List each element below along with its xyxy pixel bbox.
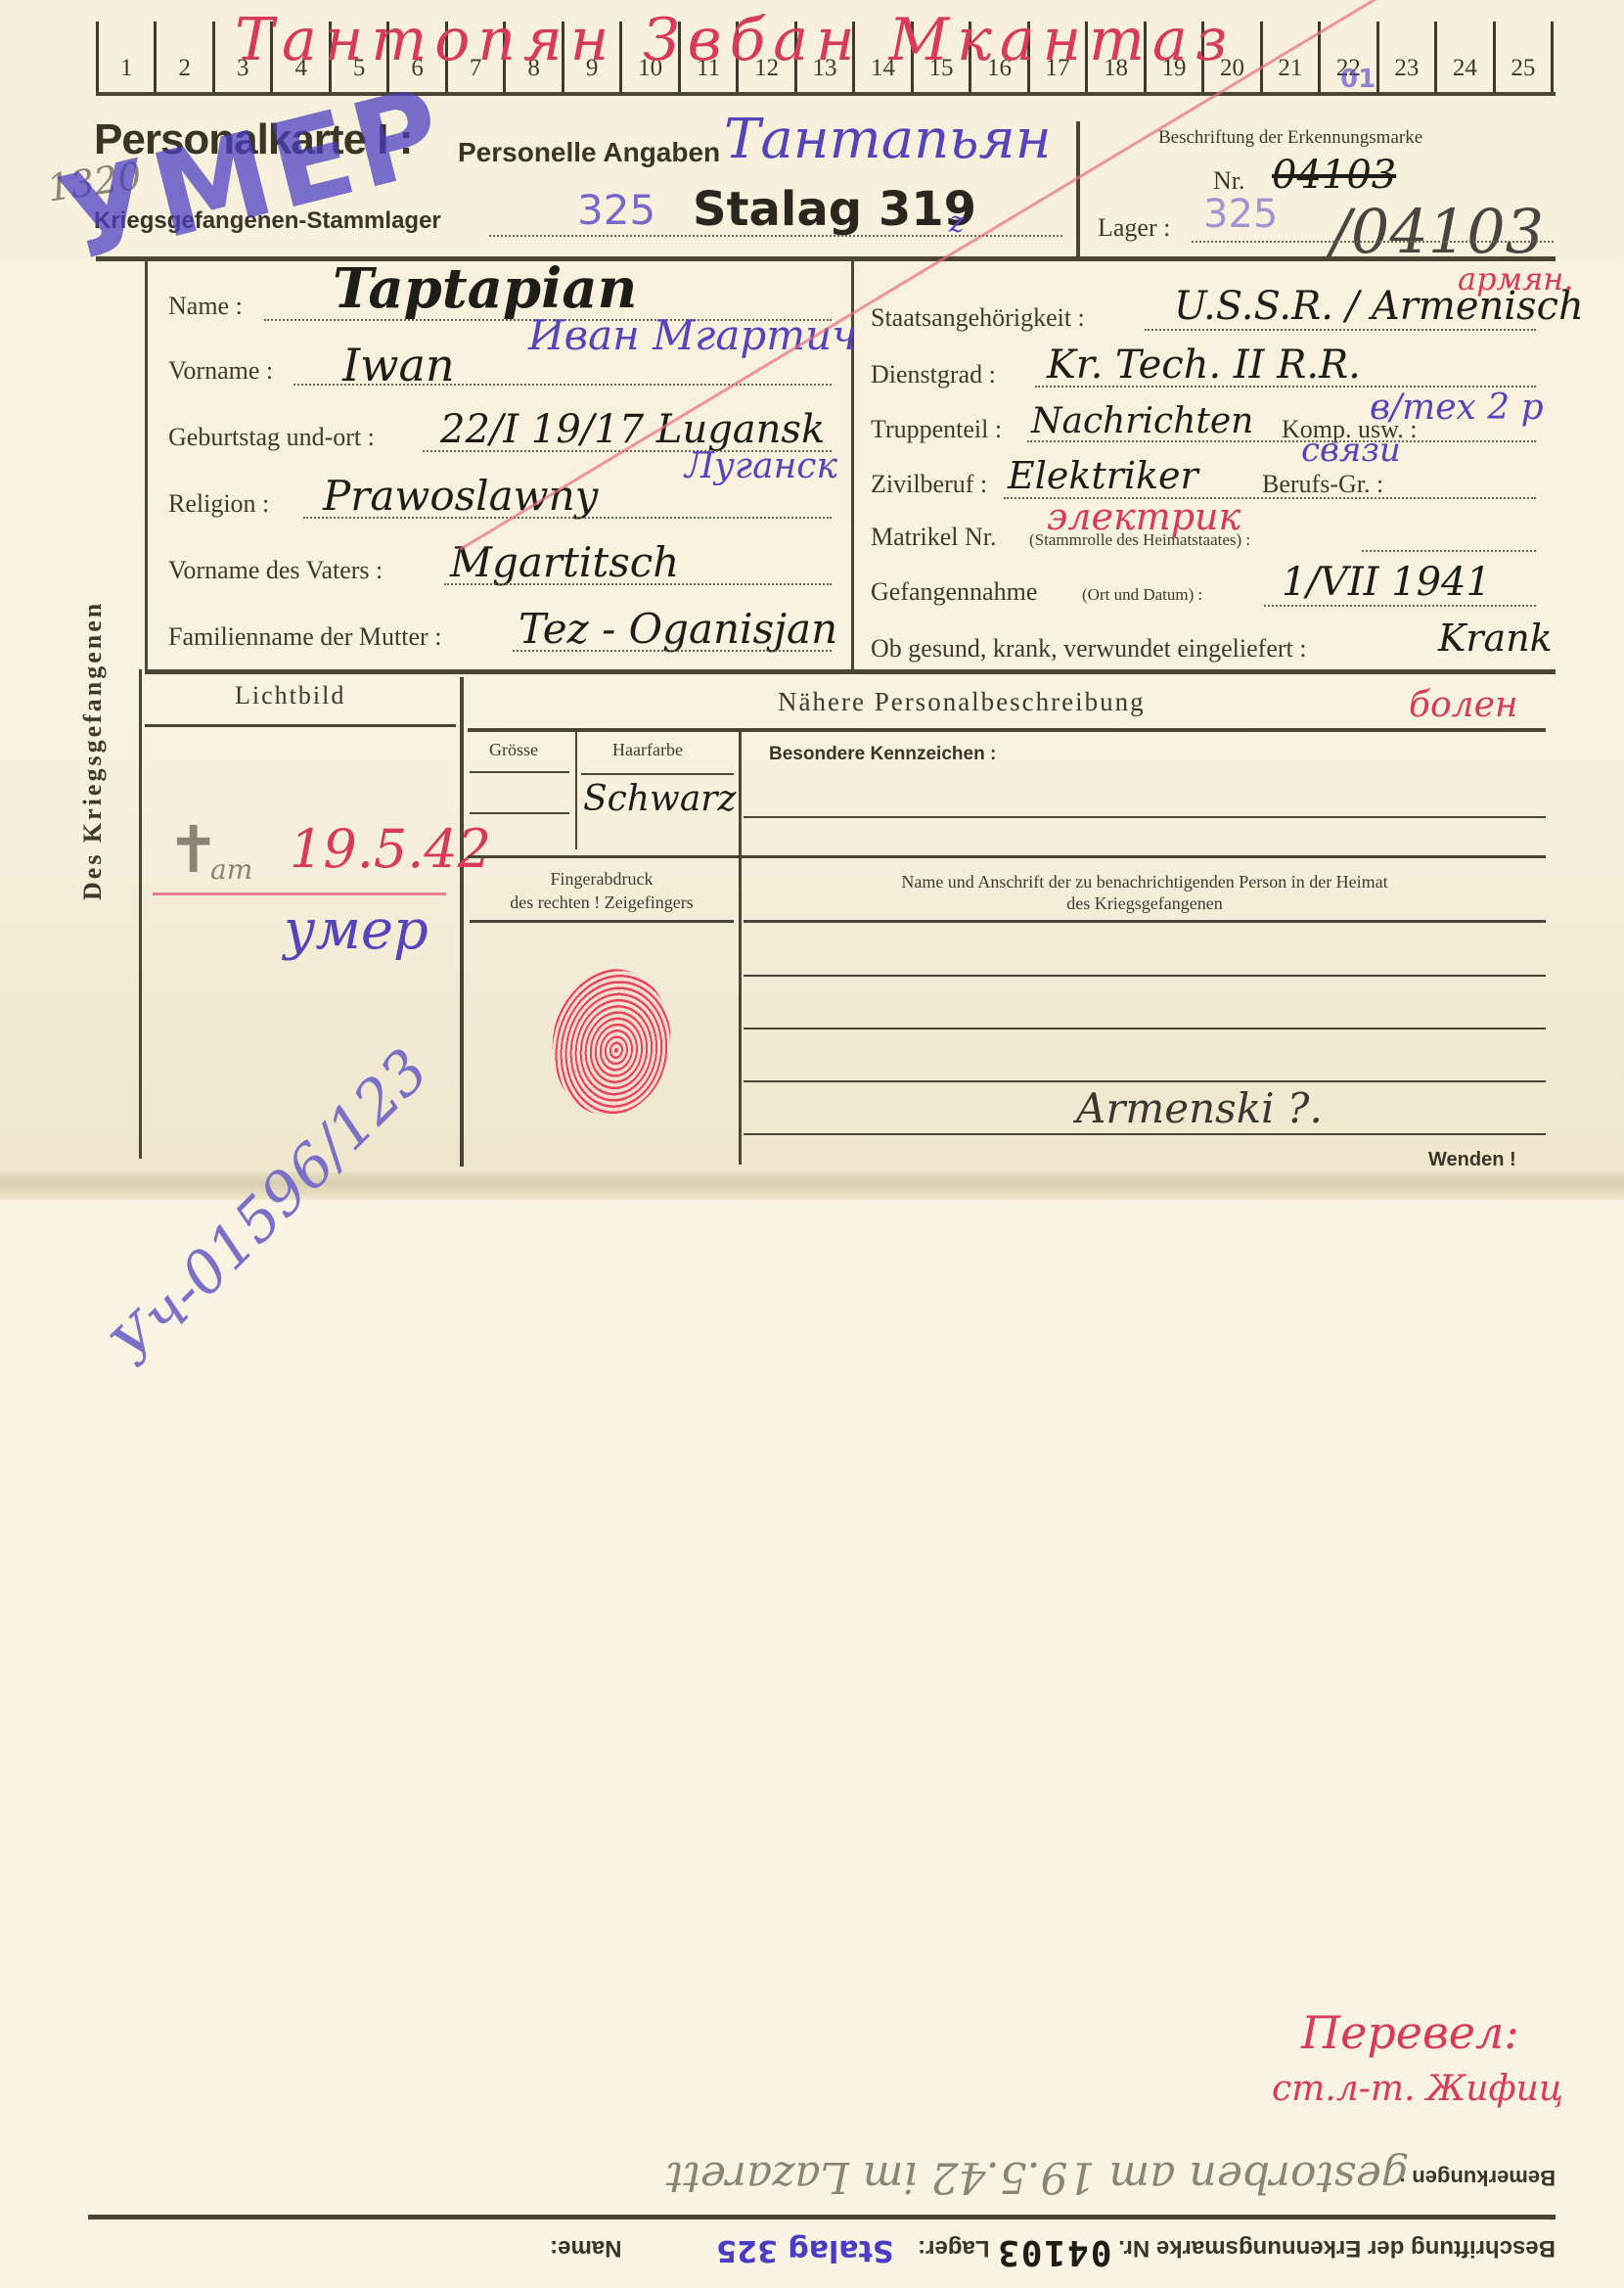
hair-value: Schwarz [583, 779, 736, 819]
field-label-mother: Familienname der Mutter : [168, 622, 441, 652]
translator-line2: ст.л-т. Жифиц [1272, 2069, 1563, 2109]
field-label-nationality: Staatsangehörigkeit : [871, 303, 1085, 333]
field-label-matrikel: Matrikel Nr. [871, 523, 997, 552]
marks-label: Besondere Kennzeichen : [769, 744, 996, 765]
footer-tag-label-text: Beschriftung der Erkennungsmarke Nr. [1118, 2235, 1556, 2262]
contact-rule-5 [744, 1133, 1546, 1135]
field-value-occupation: Elektriker [1008, 454, 1198, 497]
field-value-capture: 1/VII 1941 [1282, 560, 1491, 605]
camp-value: Stalag 319 [693, 182, 976, 237]
field-label-rank: Dienstgrad : [871, 360, 996, 389]
strip-stamp: 01 [1340, 65, 1376, 94]
field-label-matrikel-note: (Stammrolle des Heimatstaates) : [1029, 530, 1250, 550]
contact-rule-1 [744, 920, 1546, 923]
field-value-father: Mgartitsch [450, 538, 679, 586]
camp-stamp-number: 325 [577, 186, 655, 234]
contact-rule-4 [744, 1080, 1546, 1082]
height-rule-2 [470, 812, 569, 814]
dotline-capture [1264, 605, 1536, 607]
card-subtitle: Personelle Angaben [458, 137, 720, 168]
dotline-nationality [1145, 329, 1536, 331]
field-label-health: Ob gesund, krank, verwundet eingeliefert… [871, 634, 1306, 664]
tag-heading: Beschriftung der Erkennungsmarke [1158, 127, 1422, 149]
footer-name-label: Name: [550, 2235, 621, 2262]
footer-lager-label: Lager: [918, 2235, 989, 2262]
turn-over-label: Wenden ! [1428, 1149, 1516, 1171]
dotline-religion [303, 517, 832, 519]
strip-cell: 2 [154, 22, 211, 94]
field-label-occupation-group: Berufs-Gr. : [1262, 470, 1383, 499]
remarks-value: gestorben am 19.5.42 im Lazarett [666, 2152, 1409, 2202]
fingerprint-rule [470, 920, 734, 923]
marks-rule [744, 816, 1546, 818]
card-back [0, 1196, 1624, 2288]
fingerprint-label-line1: Fingerabdruck [470, 867, 734, 891]
field-value-health: Krank [1438, 617, 1553, 660]
strip-cell: 1 [96, 22, 154, 94]
side-label: Des Kriegsgefangenen [78, 601, 108, 900]
frame-left [145, 260, 148, 671]
photo-heading: Lichtbild [235, 681, 345, 710]
strip-red-name: Тантопян Звбан Мкантаз [235, 6, 1236, 74]
hair-rule [581, 773, 734, 775]
field-value-mother: Tez - Oganisjan [519, 605, 837, 653]
description-heading: Nähere Personalbeschreibung [778, 687, 1146, 717]
annot-unit: связи [1301, 431, 1401, 470]
photo-rule [145, 724, 456, 727]
field-label-vorname: Vorname : [168, 356, 273, 386]
field-label-father: Vorname des Vaters : [168, 556, 383, 585]
tag-dotline [1192, 241, 1554, 243]
field-label-name: Name : [168, 292, 243, 321]
dotline-vorname [293, 384, 832, 386]
footer-tag-number: 04103 [996, 2232, 1111, 2272]
field-value-rank: Kr. Tech. II R.R. [1047, 343, 1361, 388]
annot-nationality: армян. [1458, 260, 1574, 297]
height-label: Grösse [489, 740, 538, 760]
description-rule [468, 728, 1546, 732]
field-label-occupation: Zivilberuf : [871, 470, 987, 499]
contact-label-line1: Name und Anschrift der zu benachrichtige… [744, 871, 1546, 892]
contact-value: Armenski ?. [1076, 1084, 1323, 1132]
dotline-father [444, 583, 832, 585]
field-label-birth: Geburtstag und-ort : [168, 423, 375, 452]
tag-nr-value: 04103 [1272, 153, 1396, 198]
tag-lager-label: Lager : [1098, 213, 1170, 243]
dotline-mother [513, 650, 832, 652]
subtitle-handwritten: Тантапьян [724, 108, 1052, 171]
field-label-religion: Religion : [168, 489, 269, 519]
death-note: умер [284, 898, 429, 962]
annot-name: Иван Мгартич [528, 311, 857, 359]
fingerprint-label: Fingerabdruck des rechten ! Zeigefingers [470, 867, 734, 914]
tag-lager-stamp: 325 [1203, 192, 1278, 237]
desc-divider [739, 729, 742, 1165]
contact-label-line2: des Kriegsgefangenen [744, 892, 1546, 914]
strip-cell: 24 [1434, 22, 1492, 94]
footer-lager-stamp: Stalag 325 [716, 2233, 893, 2267]
dotline-matrikel [1362, 550, 1536, 552]
strip-cell: 25 [1493, 22, 1554, 94]
fingerprint-label-line2: des rechten ! Zeigefingers [470, 891, 734, 914]
death-underline [153, 892, 446, 895]
annot-birth: Луганск [685, 446, 837, 486]
header-divider [1076, 121, 1080, 258]
death-date: 19.5.42 [290, 818, 491, 880]
field-label-capture: Gefangennahme [871, 577, 1037, 607]
contact-rule-2 [744, 975, 1546, 977]
photo-divider [460, 677, 464, 1167]
height-hair-divider [575, 732, 577, 849]
translator-line1: Перевел: [1301, 2006, 1519, 2059]
footer-rule [88, 2215, 1556, 2219]
fingerprint-top-rule [468, 855, 1546, 858]
dotline-unit [1027, 440, 1536, 442]
fields-bottom-rule [145, 669, 1556, 674]
header-bottom-rule [96, 256, 1556, 261]
death-prefix: am [210, 853, 252, 886]
strip-cell: 23 [1376, 22, 1434, 94]
hair-label: Haarfarbe [612, 740, 683, 760]
field-label-unit: Truppenteil : [871, 415, 1002, 444]
height-rule [470, 771, 569, 773]
contact-rule-3 [744, 1028, 1546, 1030]
field-label-capture-note: (Ort und Datum) : [1082, 585, 1202, 605]
lower-left-border [139, 669, 142, 1159]
annot-health: болен [1409, 685, 1518, 725]
footer-tag-label: Beschriftung der Erkennungsmarke Nr. 041… [550, 2232, 1556, 2272]
remarks-label: Bemerkungen : [1399, 2165, 1556, 2190]
contact-label: Name und Anschrift der zu benachrichtige… [744, 871, 1546, 914]
field-value-religion: Prawoslawny [323, 472, 598, 520]
strip-cell: 21 [1260, 22, 1318, 94]
field-value-unit: Nachrichten [1031, 401, 1253, 441]
back-footer: Beschriftung der Erkennungsmarke Nr. 041… [68, 2133, 1556, 2280]
